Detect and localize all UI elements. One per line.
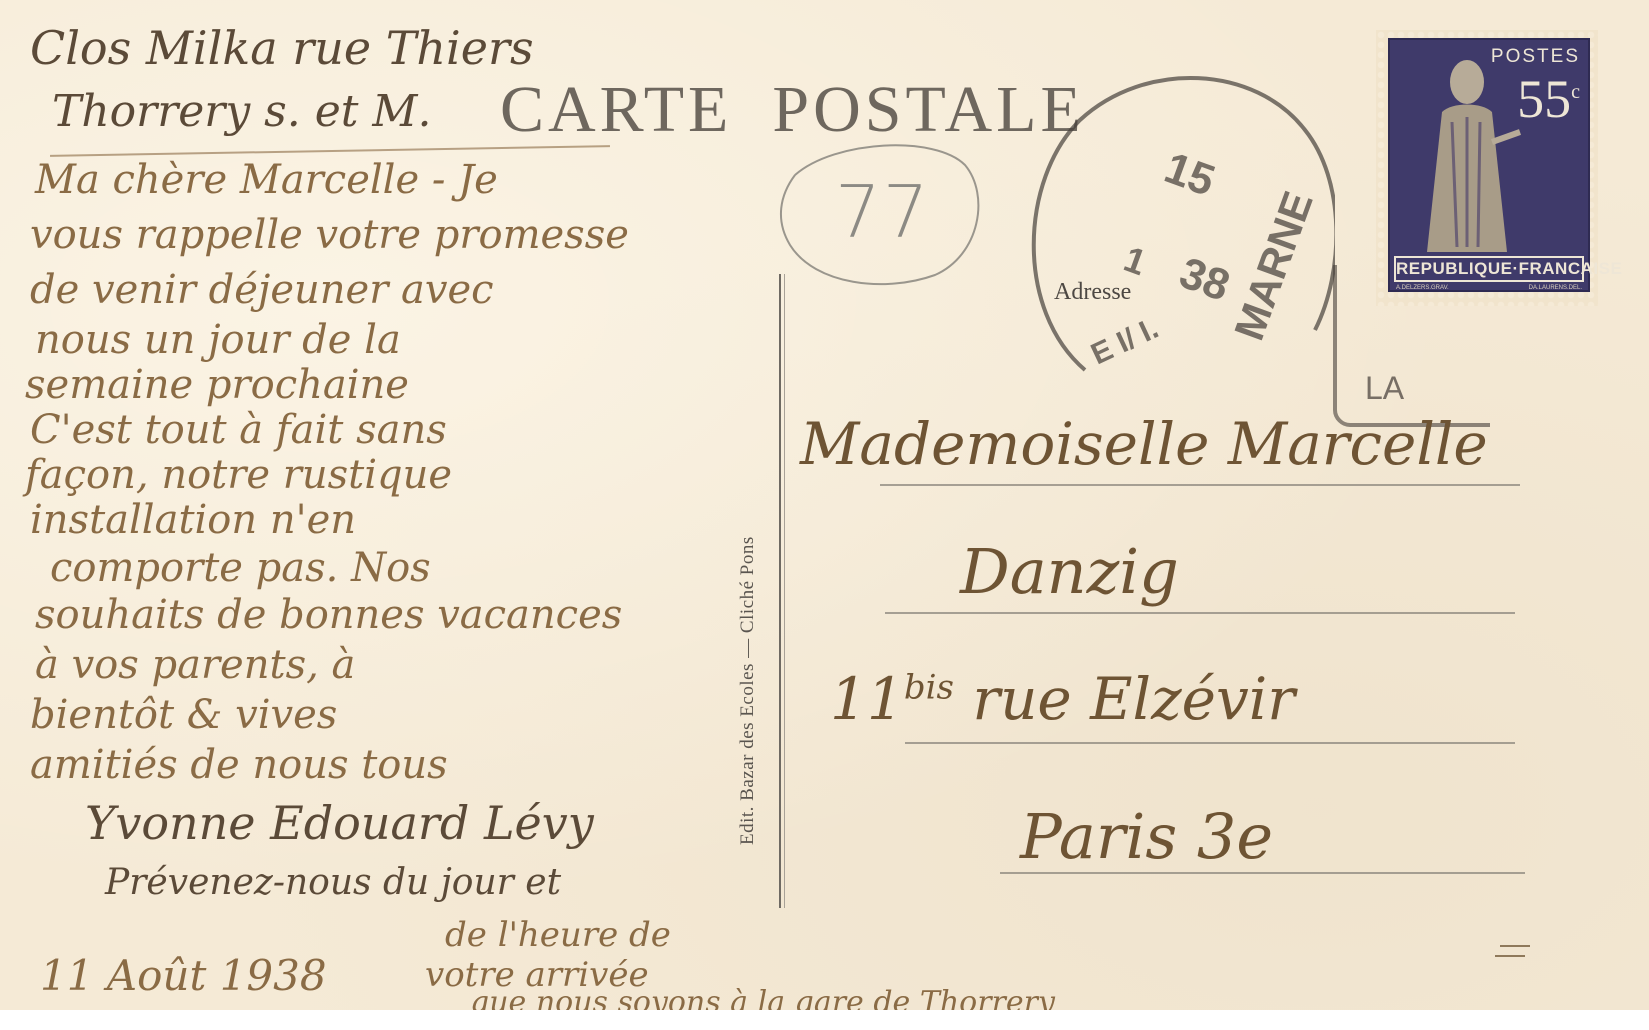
city-underline [1500,945,1530,947]
postscript-line-1: Prévenez-nous du jour et [105,865,561,901]
message-line: comporte pas. Nos [50,548,431,588]
address-line-2 [885,612,1515,614]
message-line: souhaits de bonnes vacances [35,595,622,635]
peace-figure-icon [1412,52,1522,258]
address-line-1 [880,484,1520,486]
archive-number: 77 [835,170,931,254]
message-line: Ma chère Marcelle - Je [35,160,498,200]
recipient-surname: Danzig [960,535,1179,608]
message-line: façon, notre rustique [25,455,452,495]
message-line: installation n'en [30,500,356,540]
sender-address-line-1: Clos Milka rue Thiers [30,25,534,71]
stamp-value-unit: c [1571,81,1580,103]
city-underline-2 [1495,955,1525,957]
message-line: semaine prochaine [25,365,409,405]
center-divider [779,274,781,908]
stamp-printer: A.DELZERS.GRAV. DA.LAURENS.DEL. [1396,285,1582,291]
recipient-street-name: rue Elzévir [972,665,1295,733]
stamp-face: POSTES 55c REPUBLIQUE·FRANCAISE A.DELZER… [1388,38,1590,292]
postscript-line-2: de l'heure de [445,918,671,952]
stamp-banner: REPUBLIQUE·FRANCAISE [1394,256,1584,282]
message-line: nous un jour de la [35,320,401,360]
stamp-country: POSTES [1491,46,1580,68]
letter-date: 11 Août 1938 [40,955,327,997]
recipient-street: 11bis rue Elzévir [830,665,1295,733]
message-line: de venir déjeuner avec [30,270,494,310]
postscript-line-4: que nous soyons à la gare de Thorrery [470,988,1055,1010]
sender-address-line-2: Thorrery s. et M. [52,90,431,134]
message-line: bientôt & vives [30,695,337,735]
stamp-value-number: 55 [1517,69,1571,129]
postage-stamp: POSTES 55c REPUBLIQUE·FRANCAISE A.DELZER… [1376,30,1598,306]
sender-underline [50,145,610,157]
message-line: amitiés de nous tous [30,745,448,785]
publisher-credit: Edit. Bazar des Ecoles — Cliché Pons [737,536,759,845]
recipient-city: Paris 3e [1020,800,1273,873]
recipient-street-number: 11 [830,665,904,733]
secondary-postmark-text: LA [1365,370,1404,407]
recipient-street-suffix: bis [904,668,954,708]
stamp-printer-left: A.DELZERS.GRAV. [1396,285,1449,291]
stamp-printer-right: DA.LAURENS.DEL. [1529,285,1582,291]
stamp-value: 55c [1517,68,1580,130]
postcard-back: CARTEPOSTALE Edit. Bazar des Ecoles — Cl… [0,0,1649,1010]
message-line: à vos parents, à [35,645,355,685]
signature: Yvonne Edouard Lévy [85,800,594,846]
address-line-3 [905,742,1515,744]
title-carte: CARTE [500,73,732,146]
message-line: vous rappelle votre promesse [30,215,629,255]
center-divider-inner [784,274,785,908]
message-line: C'est tout à fait sans [30,410,447,450]
recipient-name: Mademoiselle Marcelle [800,410,1488,478]
